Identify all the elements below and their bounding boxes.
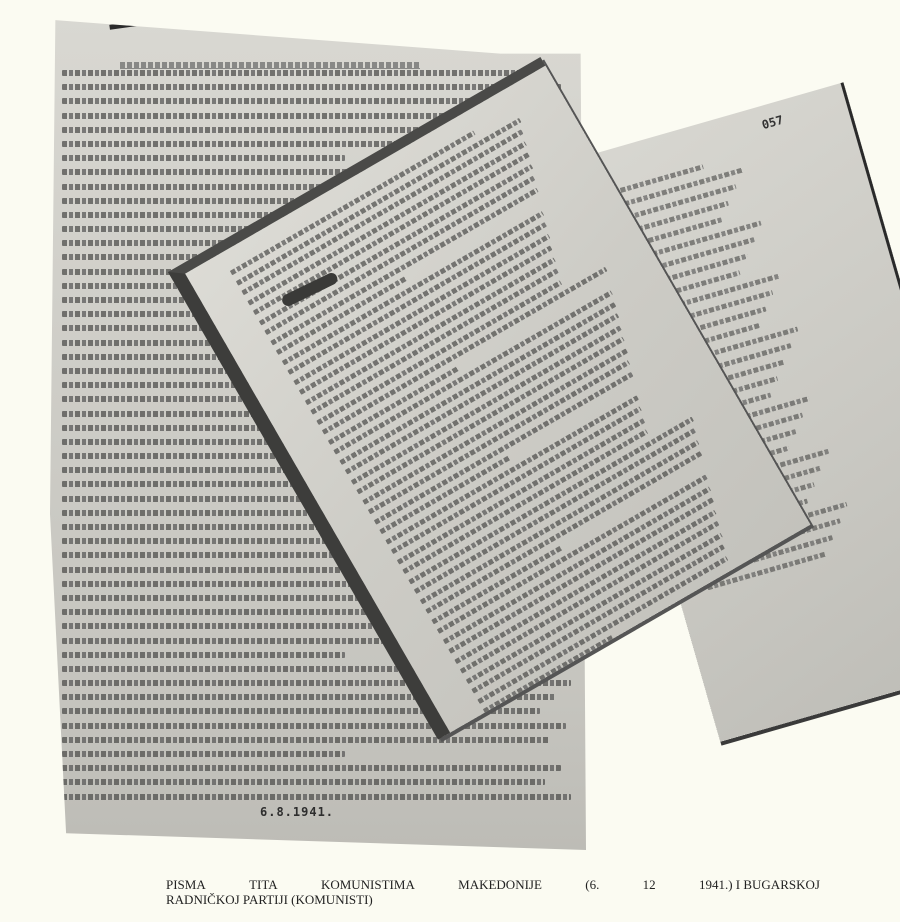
text-line xyxy=(62,723,566,729)
letter-heading-underline xyxy=(120,62,420,69)
caption-word: TITA xyxy=(249,877,278,892)
caption-word: KOMUNISTIMA xyxy=(321,877,415,892)
caption-word: 1941.) I BUGARSKOJ xyxy=(699,877,820,892)
caption-word: PISMA xyxy=(166,877,206,892)
figure-caption: PISMATITAKOMUNISTIMAMAKEDONIJE(6.121941.… xyxy=(166,877,820,907)
text-line xyxy=(62,552,345,558)
caption-word: (6. xyxy=(585,877,599,892)
text-line xyxy=(62,70,535,76)
text-line xyxy=(62,652,345,658)
letter-date: 6.8.1941. xyxy=(260,805,334,819)
caption-word: MAKEDONIJE xyxy=(458,877,542,892)
text-line xyxy=(62,794,571,800)
handwritten-mark xyxy=(109,19,150,37)
caption-word: 12 xyxy=(643,877,656,892)
text-line xyxy=(62,779,545,785)
text-line xyxy=(62,765,561,771)
document-photograph: 72 Чланови­ма Комунистичке Партије у Мак… xyxy=(0,0,900,860)
page-number-left: 72 xyxy=(495,30,512,47)
caption-line-1: PISMATITAKOMUNISTIMAMAKEDONIJE(6.121941.… xyxy=(166,877,820,892)
caption-line-2: RADNIČKOJ PARTIJI (KOMUNISTI) xyxy=(166,892,820,907)
text-line xyxy=(62,737,550,743)
text-line xyxy=(62,155,345,161)
text-line xyxy=(62,751,345,757)
page-number-right: 057 xyxy=(760,113,785,132)
